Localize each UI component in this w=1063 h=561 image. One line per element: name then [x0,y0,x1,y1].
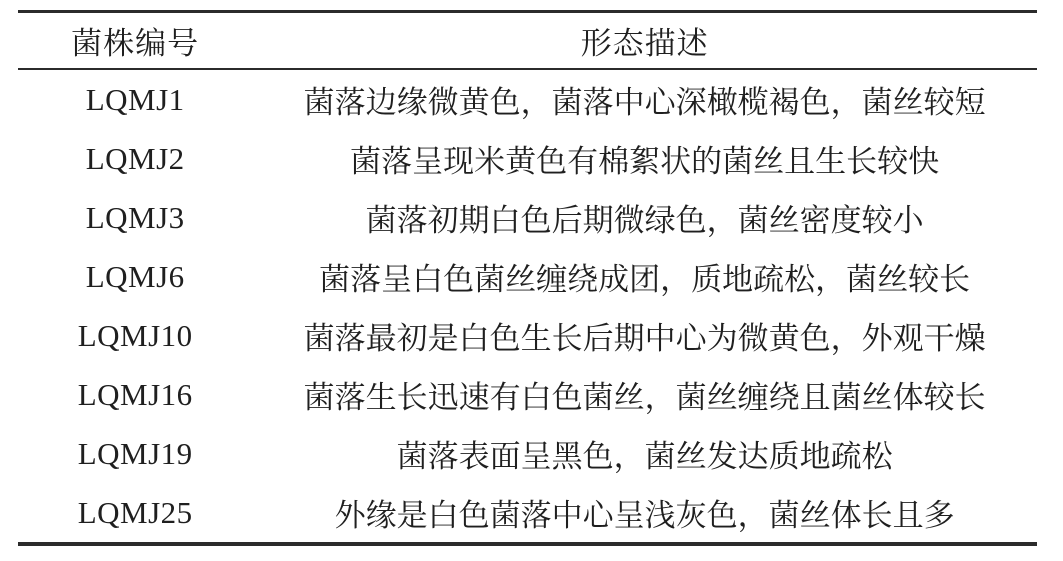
header-row: 菌株编号 形态描述 [18,12,1037,70]
strain-id-cell: LQMJ16 [18,365,252,424]
strain-id-cell: LQMJ2 [18,129,252,188]
table-row: LQMJ6 菌落呈白色菌丝缠绕成团，质地疏松，菌丝较长 [18,247,1037,306]
strain-morphology-table: 菌株编号 形态描述 LQMJ1 菌落边缘微黄色，菌落中心深橄榄褐色，菌丝较短 L… [18,10,1037,546]
strain-id-cell: LQMJ25 [18,483,252,544]
column-header-morphology: 形态描述 [252,12,1037,70]
morphology-desc-cell: 菌落表面呈黑色，菌丝发达质地疏松 [252,424,1037,483]
morphology-desc-cell: 菌落呈白色菌丝缠绕成团，质地疏松，菌丝较长 [252,247,1037,306]
morphology-desc-cell: 菌落边缘微黄色，菌落中心深橄榄褐色，菌丝较短 [252,69,1037,129]
strain-id-cell: LQMJ3 [18,188,252,247]
table-row: LQMJ16 菌落生长迅速有白色菌丝，菌丝缠绕且菌丝体较长 [18,365,1037,424]
morphology-desc-cell: 菌落生长迅速有白色菌丝，菌丝缠绕且菌丝体较长 [252,365,1037,424]
morphology-desc-cell: 菌落最初是白色生长后期中心为微黄色，外观干燥 [252,306,1037,365]
strain-id-cell: LQMJ10 [18,306,252,365]
morphology-desc-cell: 外缘是白色菌落中心呈浅灰色，菌丝体长且多 [252,483,1037,544]
morphology-desc-cell: 菌落呈现米黄色有棉絮状的菌丝且生长较快 [252,129,1037,188]
table-row: LQMJ1 菌落边缘微黄色，菌落中心深橄榄褐色，菌丝较短 [18,69,1037,129]
table-row: LQMJ2 菌落呈现米黄色有棉絮状的菌丝且生长较快 [18,129,1037,188]
strain-id-cell: LQMJ1 [18,69,252,129]
morphology-desc-cell: 菌落初期白色后期微绿色，菌丝密度较小 [252,188,1037,247]
strain-id-cell: LQMJ19 [18,424,252,483]
table-row: LQMJ10 菌落最初是白色生长后期中心为微黄色，外观干燥 [18,306,1037,365]
table-row: LQMJ3 菌落初期白色后期微绿色，菌丝密度较小 [18,188,1037,247]
column-header-strain-id: 菌株编号 [18,12,252,70]
table-row: LQMJ25 外缘是白色菌落中心呈浅灰色，菌丝体长且多 [18,483,1037,544]
strain-id-cell: LQMJ6 [18,247,252,306]
table-row: LQMJ19 菌落表面呈黑色，菌丝发达质地疏松 [18,424,1037,483]
